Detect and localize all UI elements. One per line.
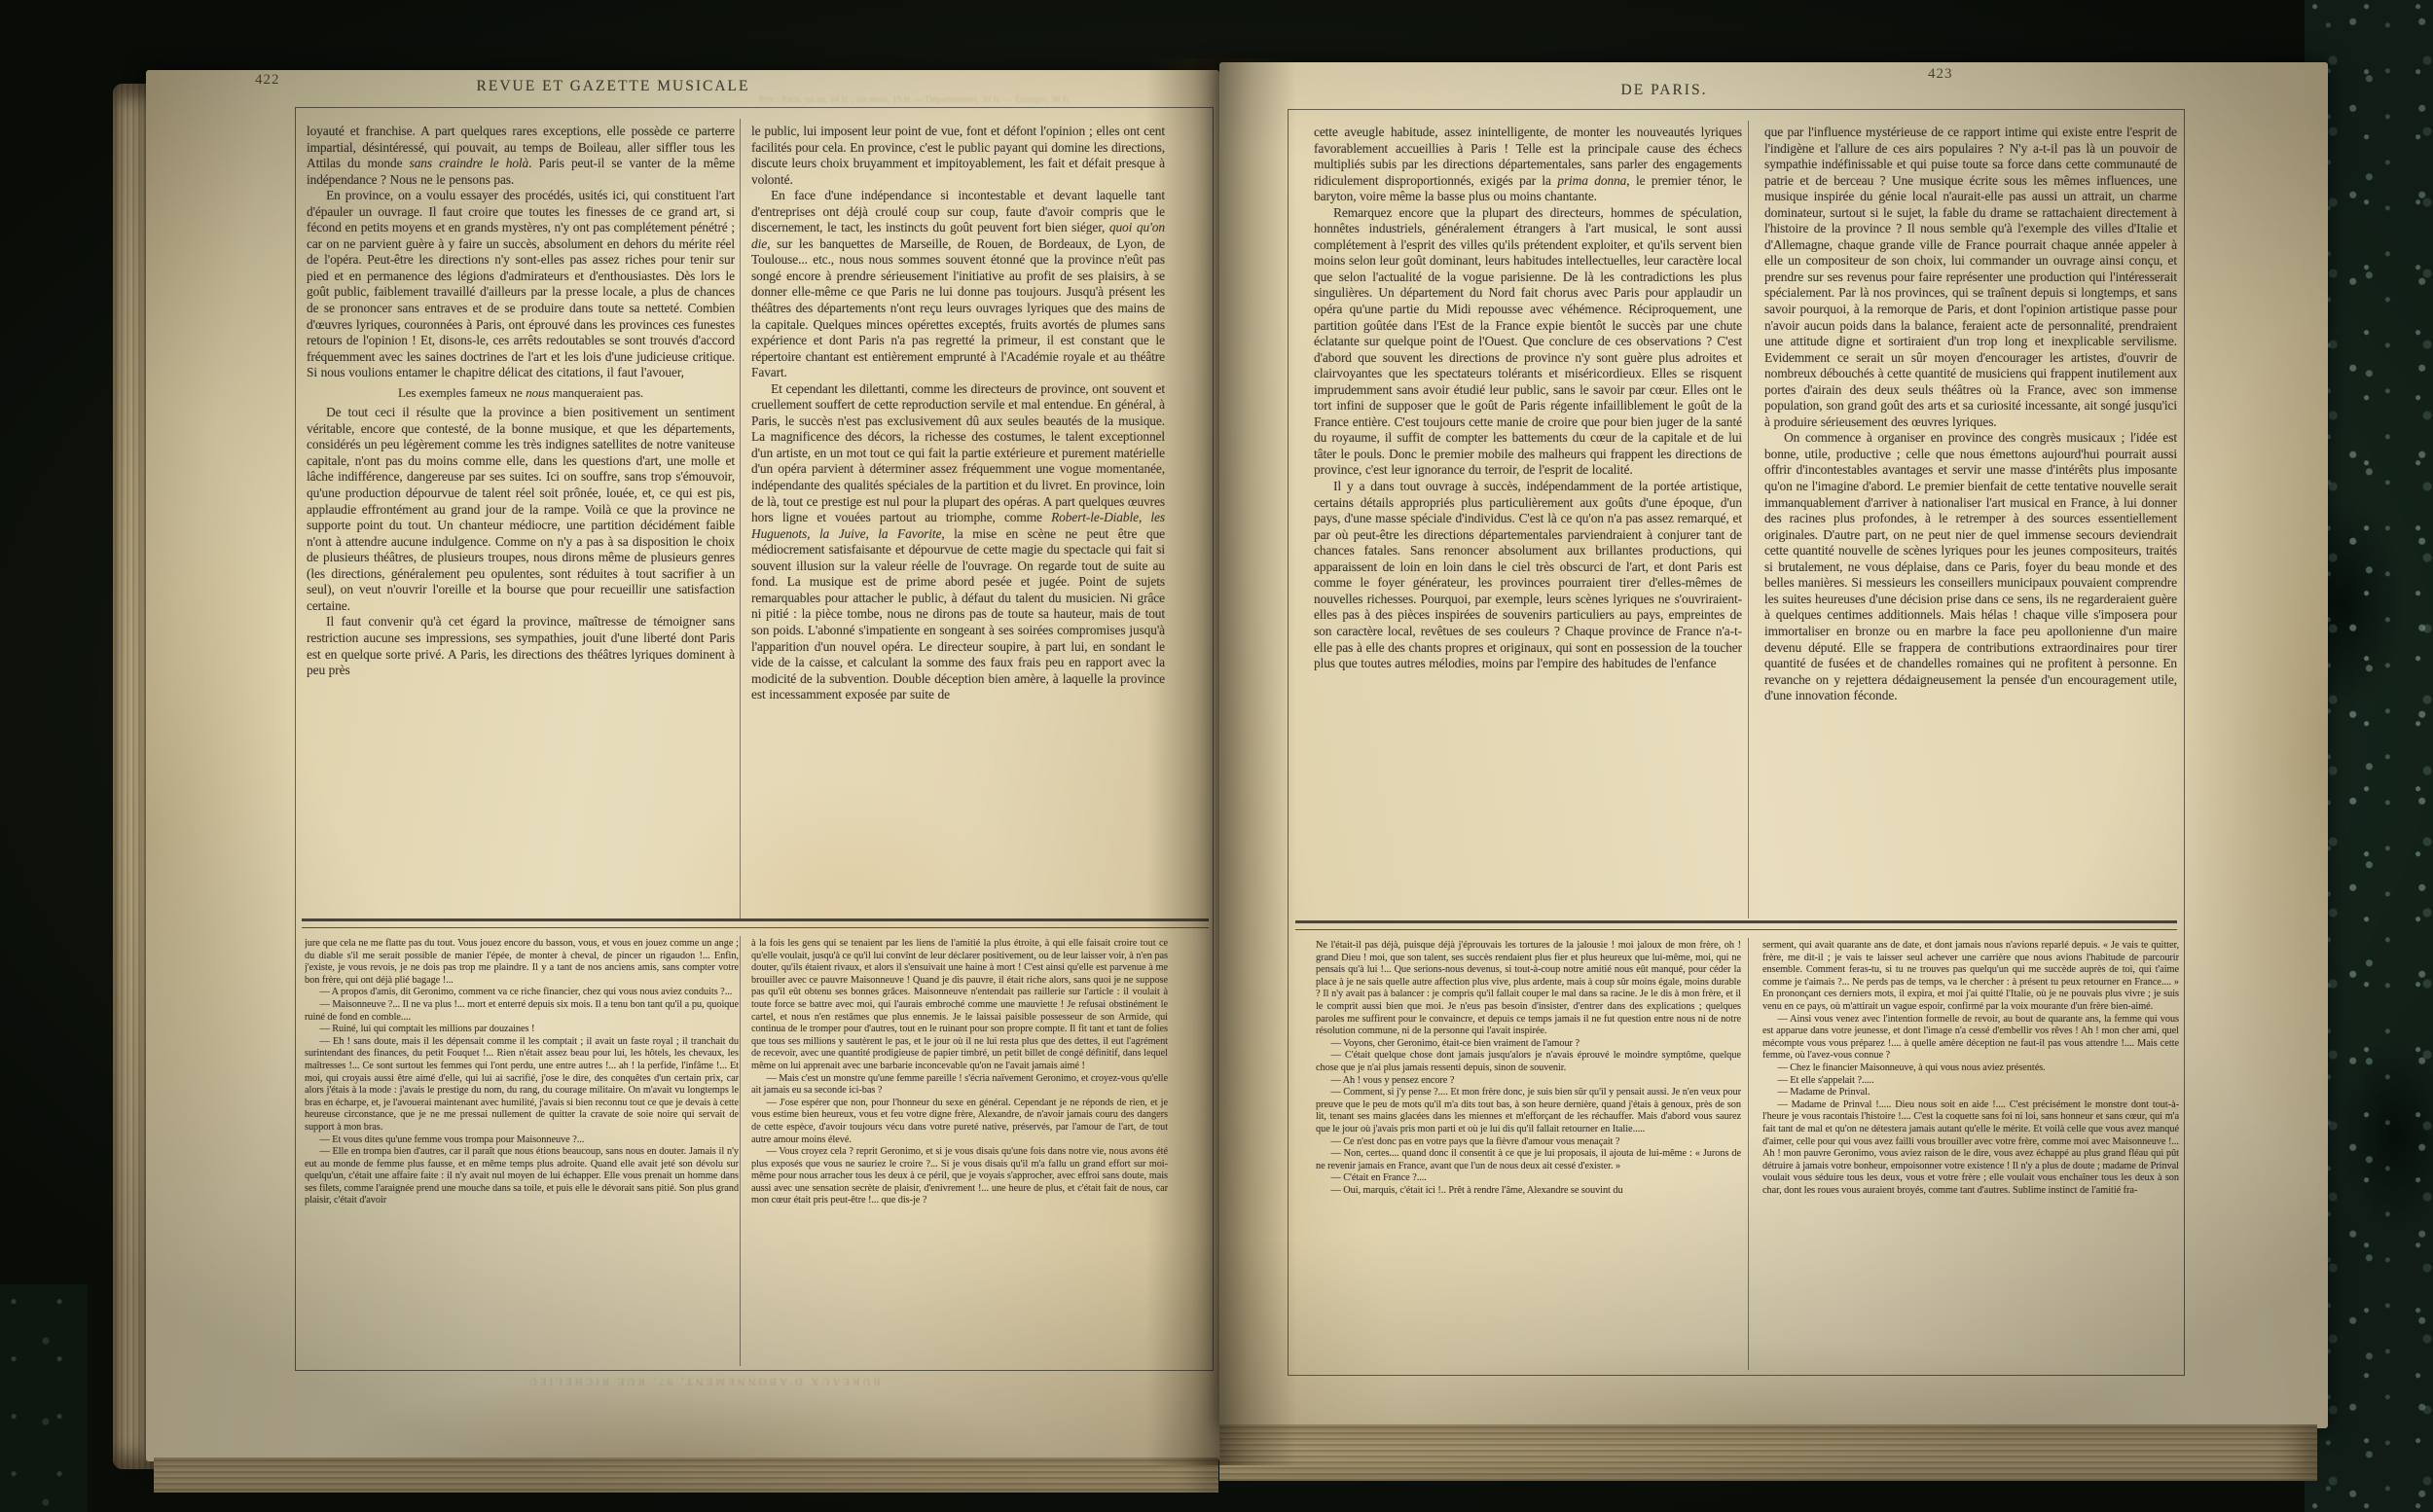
paragraph: — Madame de Prinval !..... Dieu nous soi… [1762, 1099, 2179, 1198]
paragraph: — Eh ! sans doute, mais il les dépensait… [305, 1036, 739, 1134]
paragraph: le public, lui imposent leur point de vu… [751, 124, 1165, 188]
paragraph: cette aveugle habitude, assez inintellig… [1314, 125, 1742, 205]
paragraph: — A propos d'amis, dit Geronimo, comment… [305, 987, 739, 999]
column-divider-rule [1748, 121, 1749, 918]
paragraph: — Ah ! vous y pensez encore ? [1316, 1075, 1741, 1088]
page-edge-stack-bottom-left [154, 1458, 1218, 1493]
paragraph: — Vous croyez cela ? reprit Geronimo, et… [751, 1146, 1168, 1207]
book-photo-scene: 422 REVUE ET GAZETTE MUSICALE Prix : Par… [0, 0, 2433, 1512]
main-text-column-1: loyauté et franchise. A part quelques ra… [307, 124, 735, 912]
main-text-column-2: que par l'influence mystérieuse de ce ra… [1764, 125, 2177, 913]
column-divider-rule [740, 936, 741, 1366]
ghost-bleedthrough-header: Prix : Paris, un an, 24 fr. ; six mois, … [633, 95, 1197, 105]
main-text-column-1: cette aveugle habitude, assez inintellig… [1314, 125, 1742, 913]
feuilleton-separator-rule [1295, 920, 2177, 930]
paragraph: — C'était en France ?.... [1316, 1172, 1741, 1185]
paragraph: jure que cela ne me flatte pas du tout. … [305, 938, 739, 987]
paragraph: — Et elle s'appelait ?..... [1762, 1075, 2179, 1088]
paragraph: Il y a dans tout ouvrage à succès, indép… [1314, 479, 1742, 672]
feuilleton-column-2: à la fois les gens qui se tenaient par l… [751, 938, 1168, 1364]
paragraph: Les exemples fameux ne nous manqueraient… [307, 385, 735, 402]
left-page: 422 REVUE ET GAZETTE MUSICALE Prix : Par… [146, 70, 1219, 1461]
paragraph: — J'ose espérer que non, pour l'honneur … [751, 1098, 1168, 1146]
paragraph: — Non, certes.... quand donc il consenti… [1316, 1148, 1741, 1172]
paragraph: que par l'influence mystérieuse de ce ra… [1764, 125, 2177, 430]
page-edge-stack-bottom-right [1219, 1424, 2317, 1481]
paragraph: — Mais c'est un monstre qu'une femme par… [751, 1073, 1168, 1098]
feuilleton-column-1: jure que cela ne me flatte pas du tout. … [305, 938, 739, 1364]
page-number-right: 423 [1928, 66, 1953, 83]
marbled-cover-corner [0, 1284, 88, 1512]
paragraph: à la fois les gens qui se tenaient par l… [751, 938, 1168, 1073]
feuilleton-column-1: Ne l'était-il pas déjà, puisque déjà j'é… [1316, 940, 1741, 1368]
paragraph: — Chez le financier Maisonneuve, à qui v… [1762, 1062, 2179, 1075]
feuilleton-column-2: serment, qui avait quarante ans de date,… [1762, 940, 2179, 1368]
paragraph: — Et vous dites qu'une femme vous trompa… [305, 1134, 739, 1147]
column-divider-rule [1748, 938, 1749, 1370]
paragraph: — Comment, si j'y pense ?.... Et mon frè… [1316, 1087, 1741, 1135]
feuilleton-separator-rule [302, 918, 1209, 928]
paragraph: — C'était quelque chose dont jamais jusq… [1316, 1050, 1741, 1074]
paragraph: — Elle en trompa bien d'autres, car il p… [305, 1146, 739, 1207]
paragraph: — Oui, marquis, c'était ici !.. Prêt à r… [1316, 1185, 1741, 1198]
paragraph: En province, on a voulu essayer des proc… [307, 188, 735, 381]
page-number-left: 422 [255, 72, 280, 89]
paragraph: loyauté et franchise. A part quelques ra… [307, 124, 735, 188]
column-divider-rule [740, 119, 741, 918]
paragraph: — Ainsi vous venez avec l'intention form… [1762, 1014, 2179, 1062]
paragraph: serment, qui avait quarante ans de date,… [1762, 940, 2179, 1014]
paragraph: Il faut convenir qu'à cet égard la provi… [307, 614, 735, 678]
paragraph: — Ce n'est donc pas en votre pays que la… [1316, 1136, 1741, 1149]
paragraph: — Ruiné, lui qui comptait les millions p… [305, 1024, 739, 1036]
main-text-column-2: le public, lui imposent leur point de vu… [751, 124, 1165, 912]
paragraph: On commence à organiser en province des … [1764, 430, 2177, 703]
paragraph: Remarquez encore que la plupart des dire… [1314, 205, 1742, 479]
paragraph: — Madame de Prinval. [1762, 1087, 2179, 1099]
paragraph: De tout ceci il résulte que la province … [307, 405, 735, 614]
paragraph: Ne l'était-il pas déjà, puisque déjà j'é… [1316, 940, 1741, 1038]
paragraph: — Maisonneuve ?... Il ne va plus !... mo… [305, 999, 739, 1024]
right-page: 423 DE PARIS. cette aveugle habitude, as… [1219, 62, 2328, 1428]
paragraph: — Voyons, cher Geronimo, était-ce bien v… [1316, 1038, 1741, 1051]
paragraph: Et cependant les dilettanti, comme les d… [751, 381, 1165, 703]
ghost-bleedthrough-footer: BUREAUX D'ABONNEMENT, 97, RUE RICHELIEU. [380, 1376, 1022, 1387]
running-title-right: DE PARIS. [1421, 82, 1907, 99]
running-title-left: REVUE ET GAZETTE MUSICALE [389, 78, 837, 95]
paragraph: En face d'une indépendance si incontesta… [751, 188, 1165, 381]
